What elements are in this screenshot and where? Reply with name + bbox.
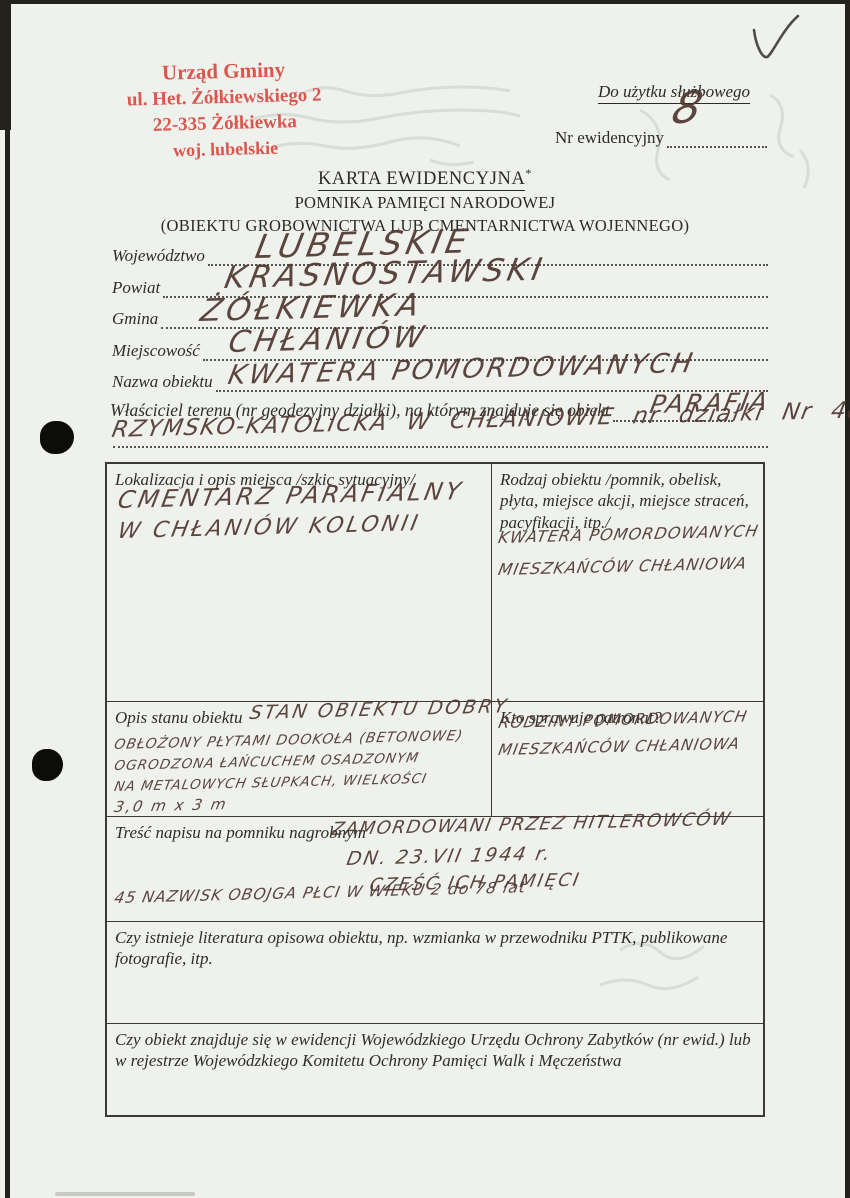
form-subtitle-1: POMNIKA PAMIĘCI NARODOWEJ bbox=[85, 193, 765, 213]
cell-object-kind: Rodzaj obiektu /pomnik, obelisk, płyta, … bbox=[492, 464, 765, 702]
label-literature: Czy istnieje literatura opisowa obiektu,… bbox=[115, 928, 727, 968]
hw-inscription-2: DN. 23.VII 1944 r. bbox=[345, 845, 553, 869]
office-stamp: Urząd Gminy ul. Het. Żółkiewskiego 2 22-… bbox=[81, 53, 369, 164]
label-inscription: Treść napisu na pomniku nagrobnym bbox=[115, 823, 366, 842]
hw-condition-5: 3,0 m x 3 m bbox=[113, 797, 229, 815]
form-title-asterisk: * bbox=[525, 166, 532, 180]
cell-literature: Czy istnieje literatura opisowa obiektu,… bbox=[107, 922, 765, 1024]
checkmark-pen-mark bbox=[746, 12, 806, 72]
label-condition: Opis stanu obiektu bbox=[115, 708, 243, 727]
record-number-label: Nr ewidencyjny bbox=[555, 128, 664, 148]
label-registry: Czy obiekt znajduje się w ewidencji Woje… bbox=[115, 1030, 751, 1070]
hw-miejscowosc-value: CHŁANIÓW bbox=[226, 323, 430, 358]
form-title: KARTA EWIDENCYJNA* bbox=[85, 166, 765, 190]
scanned-form-page: Urząd Gminy ul. Het. Żółkiewskiego 2 22-… bbox=[0, 0, 850, 1198]
form-title-text: KARTA EWIDENCYJNA bbox=[318, 169, 526, 191]
record-number-row: Nr ewidencyjny bbox=[555, 124, 767, 148]
cell-registry: Czy obiekt znajduje się w ewidencji Woje… bbox=[107, 1024, 765, 1115]
